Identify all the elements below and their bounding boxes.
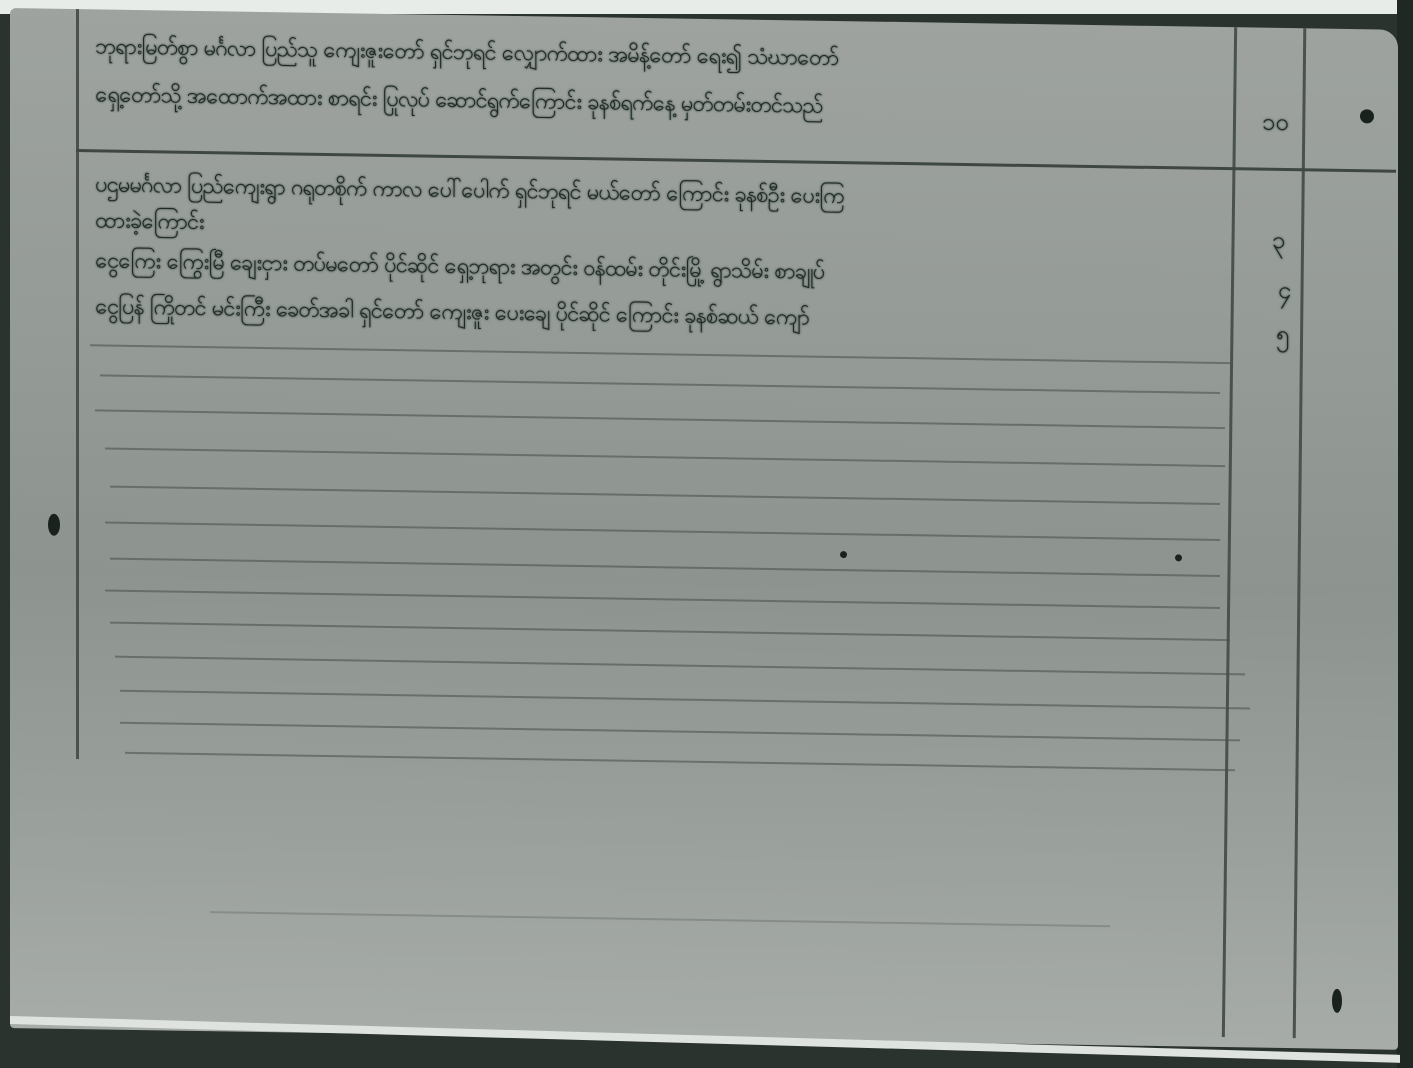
ink-spot xyxy=(840,551,847,558)
left-margin-rule xyxy=(76,9,79,759)
header-margin-number: ၁၀ xyxy=(1262,106,1289,142)
body-margin-number-3: ၅ xyxy=(1276,318,1290,354)
ruled-line xyxy=(105,589,1220,609)
ruled-line xyxy=(95,409,1225,429)
ruled-line xyxy=(100,374,1220,394)
ink-spot xyxy=(1332,989,1342,1013)
ruled-line xyxy=(105,521,1220,541)
ink-spot xyxy=(48,514,60,536)
photo-background-right xyxy=(1397,0,1413,1068)
ruled-line xyxy=(120,690,1250,710)
right-column-rule-1 xyxy=(1222,27,1237,1037)
body-margin-number-1: ၃ xyxy=(1272,224,1286,260)
header-line-1: ဘုရားမြတ်စွာ မင်္ဂလာ ပြည်သူ ကျေးဇူးတော် … xyxy=(95,31,1245,82)
header-line-2: ရှေ့တော်သို့ အထောက်အထား စာရင်း ပြုလုပ် ဆ… xyxy=(95,79,1195,129)
ruled-line xyxy=(210,911,1110,927)
right-column-rule-2 xyxy=(1293,28,1307,1038)
ruled-line xyxy=(110,558,1220,577)
ruled-line xyxy=(105,447,1225,467)
body-margin-number-2: ၄ xyxy=(1278,274,1292,310)
body-line-3: ငွေကြေး ကြွေးမြီ ချေးငှား တပ်မတော် ပိုင်… xyxy=(95,245,1255,296)
ink-spot xyxy=(1360,109,1374,123)
ruled-line xyxy=(110,622,1230,642)
ruled-line xyxy=(90,344,1230,364)
ink-spot xyxy=(1175,554,1182,561)
ruled-line xyxy=(125,752,1235,771)
body-line-4: ငွေပြန် ကြိုတင် မင်းကြီး ခေတ်အခါ ရှင်တော… xyxy=(95,291,1245,342)
header-divider xyxy=(76,149,1396,173)
ruled-line xyxy=(120,722,1240,742)
ruled-line xyxy=(110,486,1220,505)
ruled-line xyxy=(115,656,1245,676)
body-line-2: ထားခဲ့ကြောင်း xyxy=(95,205,295,241)
manuscript-page: ဘုရားမြတ်စွာ မင်္ဂလာ ပြည်သူ ကျေးဇူးတော် … xyxy=(10,8,1398,1050)
